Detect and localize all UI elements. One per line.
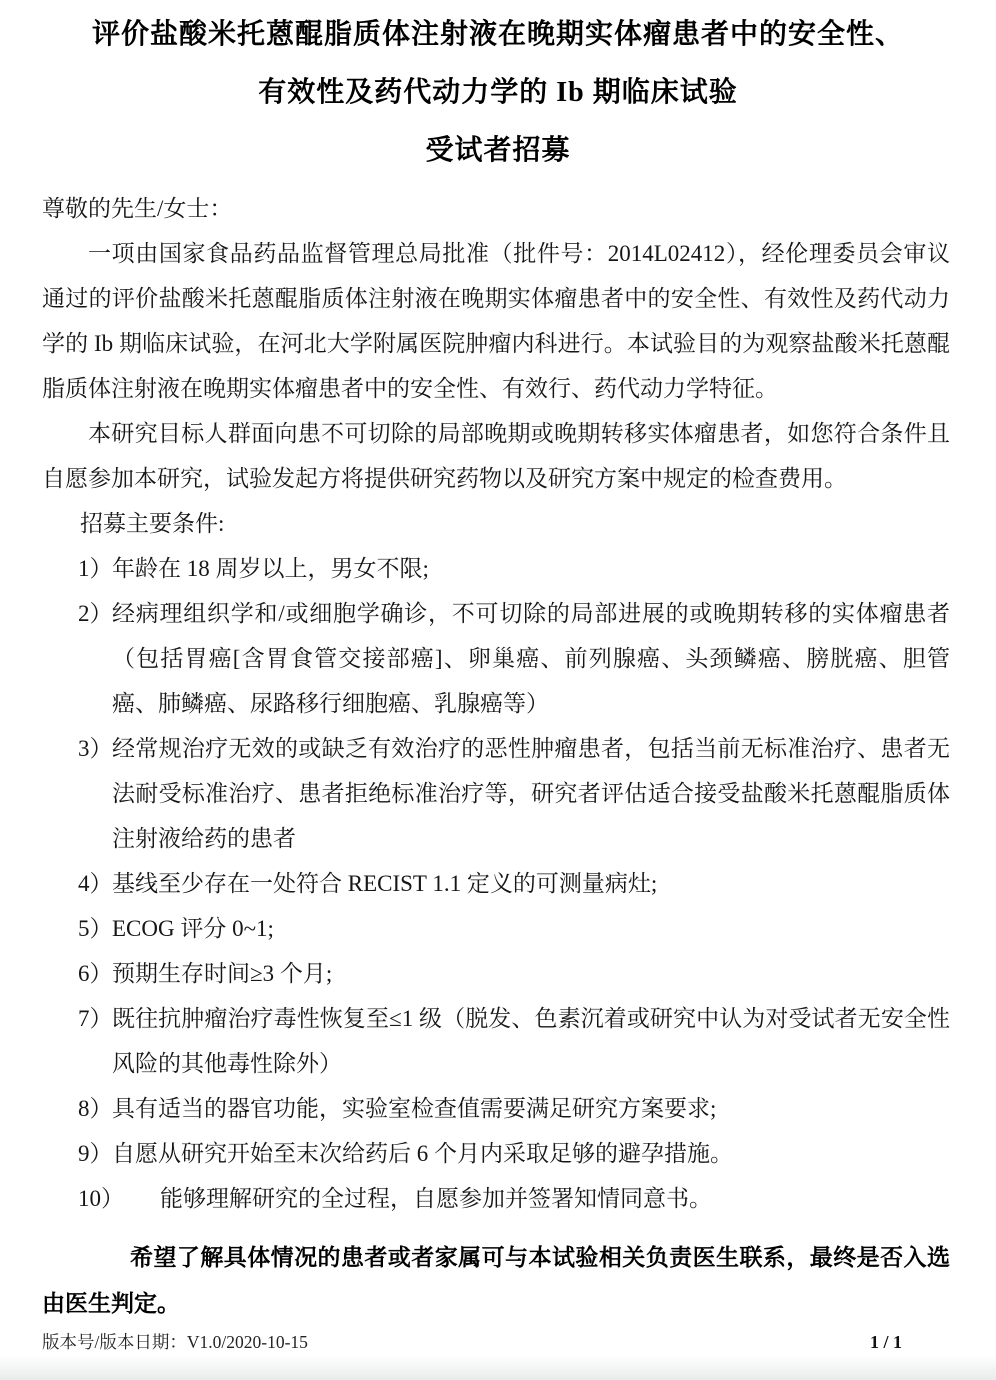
paragraph-trial-approval: 一项由国家食品药品监督管理总局批准（批件号：2014L02412），经伦理委员会… <box>42 231 950 411</box>
criteria-item-number: 9） <box>78 1131 113 1176</box>
document-page: 评价盐酸米托蒽醌脂质体注射液在晚期实体瘤患者中的安全性、 有效性及药代动力学的 … <box>0 0 996 1380</box>
paragraph-target-population: 本研究目标人群面向患不可切除的局部晚期或晚期转移实体瘤患者，如您符合条件且自愿参… <box>42 411 950 501</box>
criteria-item-9: 9） 自愿从研究开始至末次给药后 6 个月内采取足够的避孕措施。 <box>42 1131 950 1176</box>
criteria-item-10: 10） 能够理解研究的全过程，自愿参加并签署知情同意书。 <box>42 1176 950 1221</box>
criteria-item-number: 6） <box>78 951 113 996</box>
version-label: 版本号/版本日期：V1.0/2020-10-15 <box>42 1329 308 1354</box>
page-footer: 版本号/版本日期：V1.0/2020-10-15 1 / 1 <box>0 1329 996 1354</box>
criteria-item-text: 能够理解研究的全过程，自愿参加并签署知情同意书。 <box>160 1186 712 1211</box>
title-line-1: 评价盐酸米托蒽醌脂质体注射液在晚期实体瘤患者中的安全性、 <box>0 6 996 64</box>
criteria-item-text: 年龄在 18 周岁以上，男女不限; <box>112 556 429 581</box>
criteria-item-1: 1） 年龄在 18 周岁以上，男女不限; <box>42 546 950 591</box>
criteria-item-2: 2） 经病理组织学和/或细胞学确诊，不可切除的局部进展的或晚期转移的实体瘤患者（… <box>42 591 950 726</box>
criteria-item-number: 10） <box>78 1176 124 1221</box>
criteria-heading: 招募主要条件: <box>42 501 950 546</box>
criteria-list: 1） 年龄在 18 周岁以上，男女不限; 2） 经病理组织学和/或细胞学确诊，不… <box>42 546 950 1221</box>
closing-contact-note: 希望了解具体情况的患者或者家属可与本试验相关负责医生联系，最终是否入选由医生判定… <box>42 1235 950 1327</box>
criteria-item-7: 7） 既往抗肿瘤治疗毒性恢复至≤1 级（脱发、色素沉着或研究中认为对受试者无安全… <box>42 996 950 1086</box>
criteria-item-text: 自愿从研究开始至末次给药后 6 个月内采取足够的避孕措施。 <box>112 1141 733 1166</box>
page-bottom-edge <box>0 1356 996 1380</box>
criteria-item-number: 3） <box>78 726 113 771</box>
document-title: 评价盐酸米托蒽醌脂质体注射液在晚期实体瘤患者中的安全性、 有效性及药代动力学的 … <box>0 0 996 180</box>
criteria-item-number: 2） <box>78 591 113 636</box>
criteria-item-text: 经常规治疗无效的或缺乏有效治疗的恶性肿瘤患者，包括当前无标准治疗、患者无法耐受标… <box>112 736 950 851</box>
criteria-item-8: 8） 具有适当的器官功能，实验室检查值需要满足研究方案要求; <box>42 1086 950 1131</box>
criteria-item-text: 基线至少存在一处符合 RECIST 1.1 定义的可测量病灶; <box>112 871 657 896</box>
criteria-item-number: 5） <box>78 906 113 951</box>
criteria-item-text: 具有适当的器官功能，实验室检查值需要满足研究方案要求; <box>112 1096 716 1121</box>
criteria-item-text: ECOG 评分 0~1; <box>112 916 274 941</box>
criteria-item-6: 6） 预期生存时间≥3 个月; <box>42 951 950 996</box>
document-body: 尊敬的先生/女士： 一项由国家食品药品监督管理总局批准（批件号：2014L024… <box>0 186 996 1327</box>
criteria-item-3: 3） 经常规治疗无效的或缺乏有效治疗的恶性肿瘤患者，包括当前无标准治疗、患者无法… <box>42 726 950 861</box>
criteria-item-number: 1） <box>78 546 113 591</box>
salutation: 尊敬的先生/女士： <box>42 186 950 231</box>
criteria-item-number: 8） <box>78 1086 113 1131</box>
criteria-item-text: 预期生存时间≥3 个月; <box>112 961 332 986</box>
criteria-item-text: 既往抗肿瘤治疗毒性恢复至≤1 级（脱发、色素沉着或研究中认为对受试者无安全性风险… <box>112 1006 950 1076</box>
criteria-item-text: 经病理组织学和/或细胞学确诊，不可切除的局部进展的或晚期转移的实体瘤患者（包括胃… <box>112 601 950 716</box>
page-number: 1 / 1 <box>870 1332 902 1353</box>
criteria-item-number: 7） <box>78 996 113 1041</box>
title-line-3: 受试者招募 <box>0 122 996 180</box>
criteria-item-5: 5） ECOG 评分 0~1; <box>42 906 950 951</box>
criteria-item-4: 4） 基线至少存在一处符合 RECIST 1.1 定义的可测量病灶; <box>42 861 950 906</box>
criteria-item-number: 4） <box>78 861 113 906</box>
title-line-2: 有效性及药代动力学的 Ib 期临床试验 <box>0 64 996 122</box>
